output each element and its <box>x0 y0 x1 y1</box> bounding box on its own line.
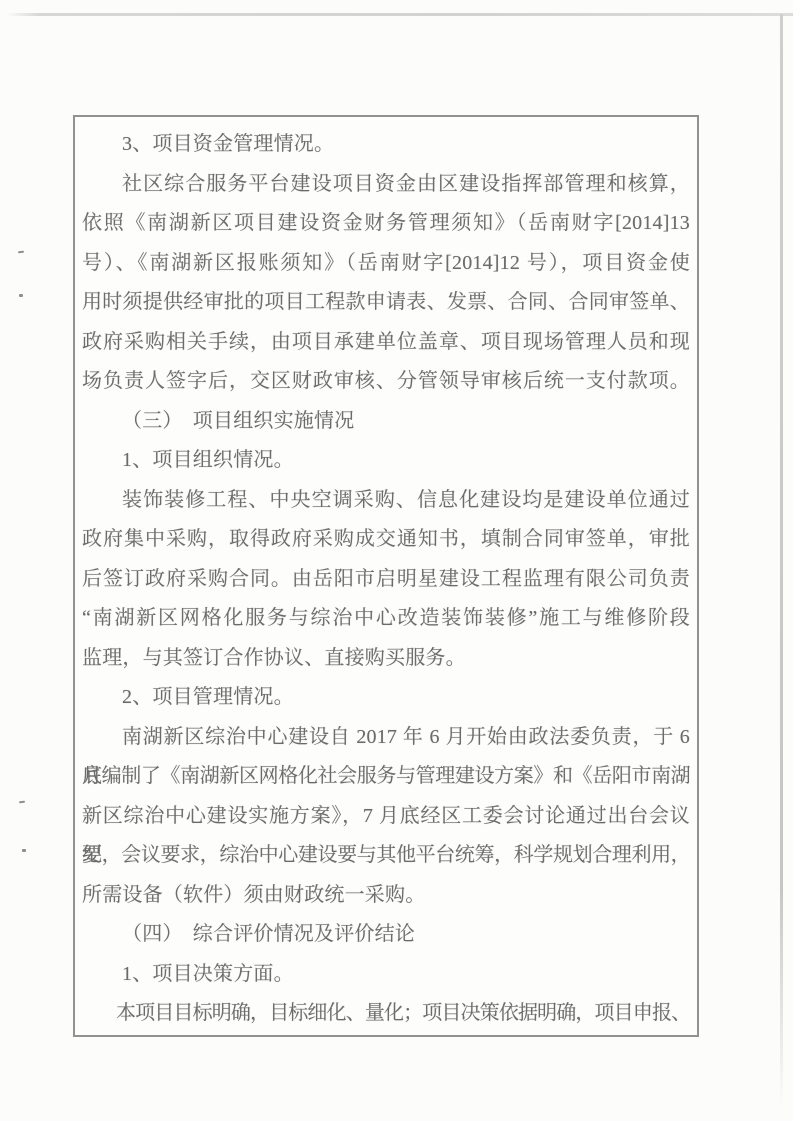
heading-line: 1、项目组织情况。 <box>82 441 690 481</box>
text-line: 要，会议要求，综治中心建设要与其他平台统筹，科学规划合理利用， <box>82 836 690 876</box>
heading-line: （四） 综合评价情况及评价结论 <box>82 915 690 955</box>
text-line: 社区综合服务平台建设项目资金由区建设指挥部管理和核算， <box>82 165 690 205</box>
text-line: 底编制了《南湖新区网格化社会服务与管理建设方案》和《岳阳市南湖 <box>82 757 690 797</box>
text-line: 后签订政府采购合同。由岳阳市启明星建设工程监理有限公司负责 <box>82 560 690 600</box>
text-line: “南湖新区网格化服务与综治中心改造装饰装修”施工与维修阶段 <box>82 599 690 639</box>
text-line: 本项目目标明确，目标细化、量化；项目决策依据明确，项目申报、 <box>82 994 690 1034</box>
text-line: 依照《南湖新区项目建设资金财务管理须知》（岳南财字[2014]13 <box>82 204 690 244</box>
heading-line: 1、项目决策方面。 <box>82 955 690 995</box>
text-line: 新区综治中心建设实施方案》，7 月底经区工委会讨论通过出台会议纪 <box>82 797 690 837</box>
text-line: 政府采购相关手续，由项目承建单位盖章、项目现场管理人员和现 <box>82 323 690 363</box>
text-line: 装饰装修工程、中央空调采购、信息化建设均是建设单位通过 <box>82 481 690 521</box>
text-line: 场负责人签字后，交区财政审核、分管领导审核后统一支付款项。 <box>82 362 690 402</box>
text-line: 监理，与其签订合作协议、直接购买服务。 <box>82 639 690 679</box>
scanned-report-page: { "doc": { "lines": [ "3、项目资金管理情况。", "社区… <box>0 0 793 1121</box>
text-line: 号）、《南湖新区报账须知》（岳南财字[2014]12 号），项目资金使 <box>82 244 690 284</box>
heading-line: 3、项目资金管理情况。 <box>82 125 690 165</box>
document-text-cell: 3、项目资金管理情况。 社区综合服务平台建设项目资金由区建设指挥部管理和核算， … <box>73 115 699 1037</box>
heading-line: 2、项目管理情况。 <box>82 678 690 718</box>
scan-speck <box>18 251 24 254</box>
scan-top-edge-line <box>7 13 793 16</box>
scan-speck <box>19 294 23 297</box>
scan-right-edge-line <box>780 14 783 1108</box>
text-line: 南湖新区综治中心建设自 2017 年 6 月开始由政法委负责，于 6 月 <box>82 718 690 758</box>
scan-speck <box>22 849 26 852</box>
text-line: 用时须提供经审批的项目工程款申请表、发票、合同、合同审签单、 <box>82 283 690 323</box>
scan-speck <box>19 801 25 804</box>
text-line: 政府集中采购，取得政府采购成交通知书，填制合同审签单，审批 <box>82 520 690 560</box>
heading-line: （三） 项目组织实施情况 <box>82 402 690 442</box>
text-line: 所需设备（软件）须由财政统一采购。 <box>82 876 690 916</box>
